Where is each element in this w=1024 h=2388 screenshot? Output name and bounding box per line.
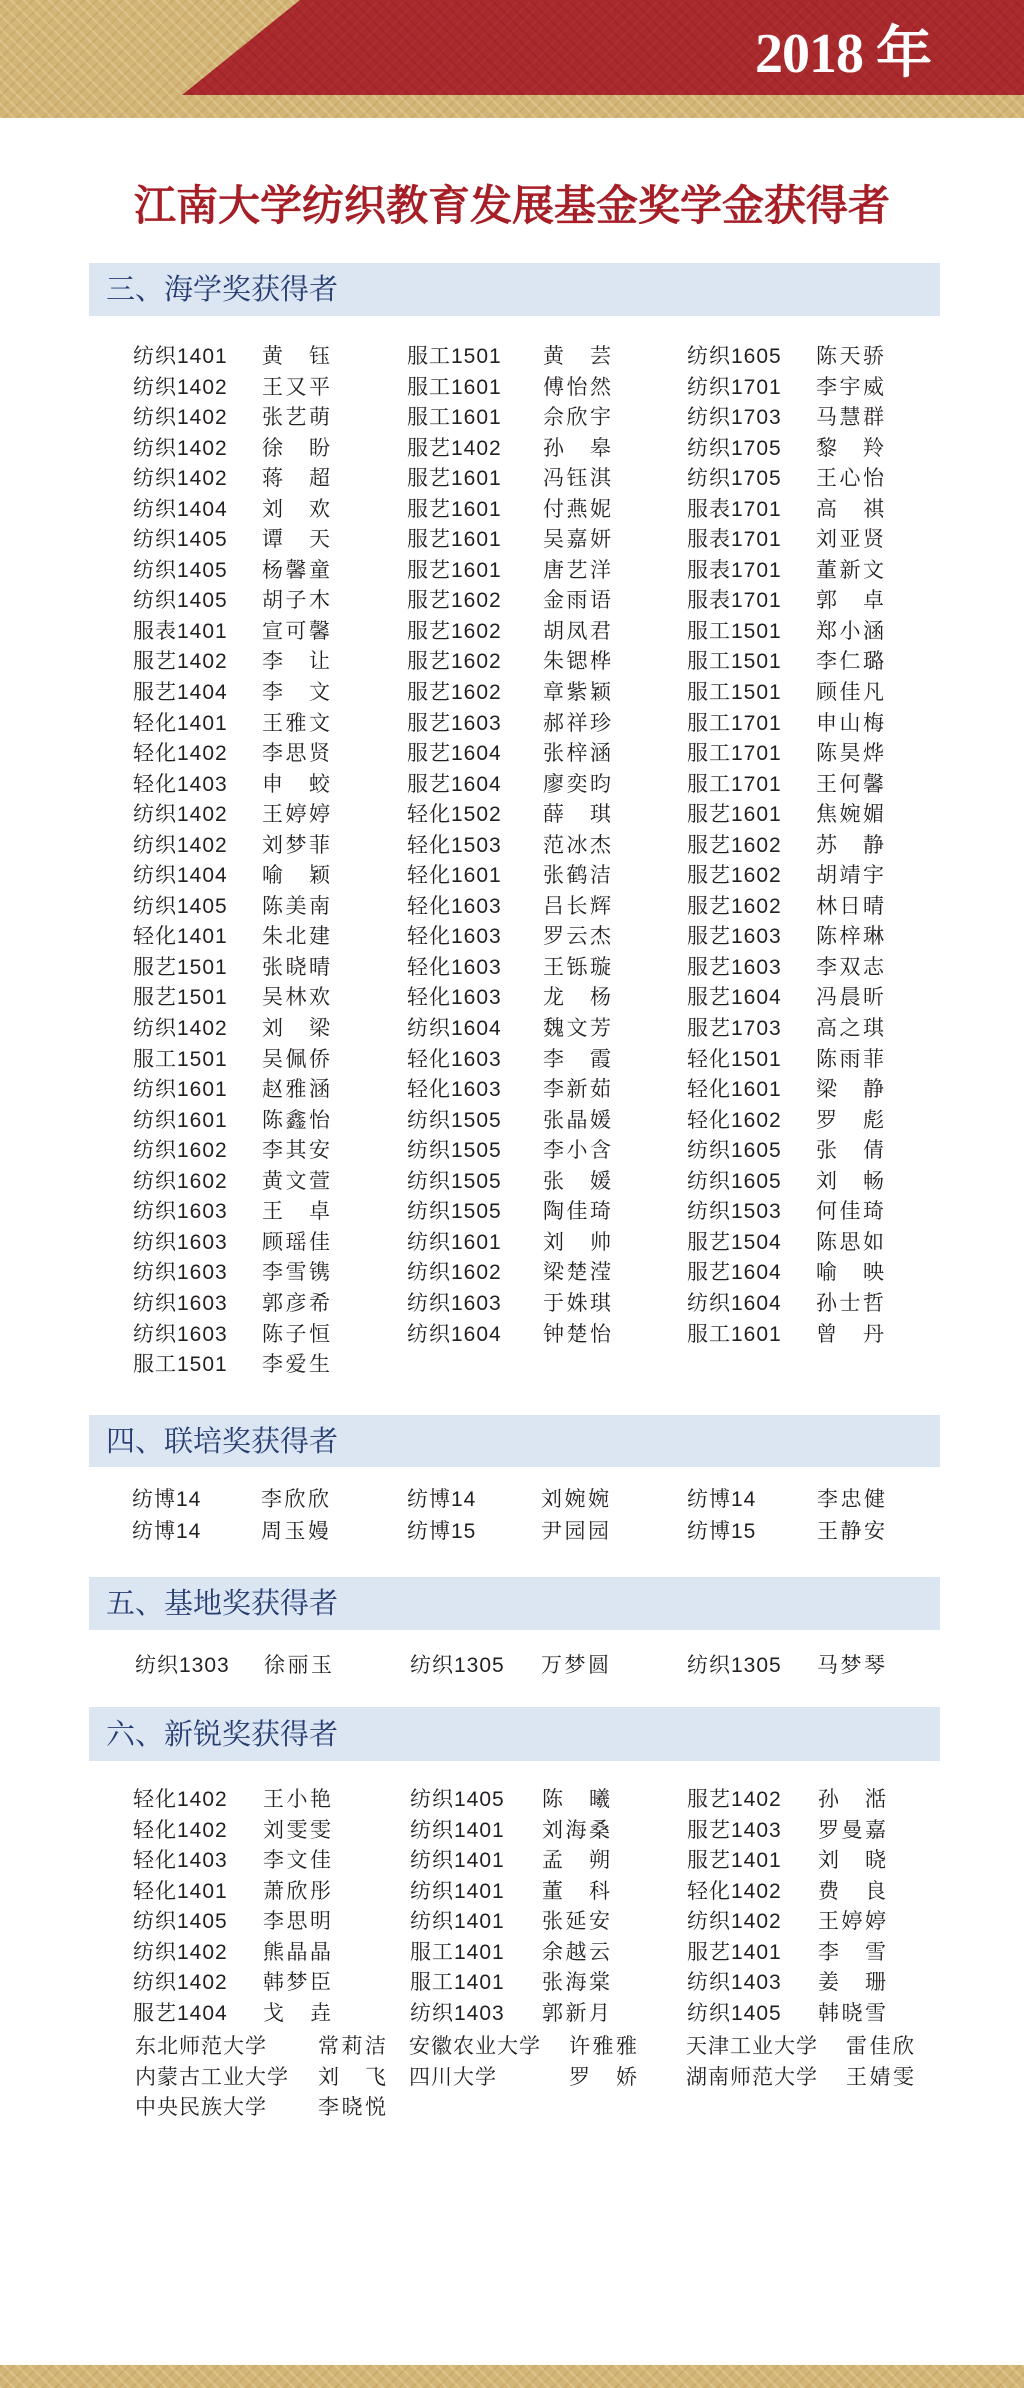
student-name: 李欣欣 xyxy=(261,1484,329,1516)
class-label: 服艺1401 xyxy=(687,1938,818,1969)
winner-row: 服工1501吴佩侨 xyxy=(133,1045,330,1076)
class-label: 纺织1505 xyxy=(407,1136,543,1167)
class-label: 服艺1604 xyxy=(687,1258,816,1289)
student-name: 王婷婷 xyxy=(262,800,330,831)
student-name: 徐盼 xyxy=(262,434,330,465)
winner-row: 纺织1603王卓 xyxy=(133,1197,330,1228)
winner-row: 纺织1505李小含 xyxy=(407,1136,611,1167)
class-label: 服艺1603 xyxy=(687,953,816,984)
winner-row: 纺织1402蒋超 xyxy=(133,464,330,495)
university-column-1: 东北师范大学常莉洁内蒙古工业大学刘飞中央民族大学李晓悦 xyxy=(135,2032,386,2124)
class-label: 轻化1403 xyxy=(133,770,262,801)
class-label: 服艺1602 xyxy=(407,647,543,678)
winner-column-3: 服艺1402孙湉服艺1403罗曼嘉服艺1401刘晓轻化1402费良纺织1402王… xyxy=(687,1785,886,2029)
student-name: 章紫颖 xyxy=(543,678,611,709)
university-winner-row: 湖南师范大学王婧雯 xyxy=(686,2063,914,2094)
winner-column-3: 纺织1305马梦琴 xyxy=(687,1651,885,1682)
winner-row: 服表1401宣可馨 xyxy=(133,617,330,648)
student-name: 张晶媛 xyxy=(543,1106,611,1137)
class-label: 轻化1402 xyxy=(687,1877,818,1908)
university-label: 中央民族大学 xyxy=(135,2093,318,2124)
class-label: 纺织1401 xyxy=(410,1877,542,1908)
student-name: 郭新月 xyxy=(542,1999,610,2030)
winner-row: 纺织1403姜珊 xyxy=(687,1968,886,1999)
class-label: 轻化1603 xyxy=(407,1045,543,1076)
student-name: 张延安 xyxy=(542,1907,610,1938)
student-name: 于姝琪 xyxy=(543,1289,611,1320)
student-name: 陈鑫怡 xyxy=(262,1106,330,1137)
winner-column-2: 服工1501黄芸服工1601傅怡然服工1601佘欣宇服艺1402孙皋服艺1601… xyxy=(407,342,611,1350)
winner-row: 纺织1405李思明 xyxy=(133,1907,331,1938)
student-name: 陈曦 xyxy=(542,1785,610,1816)
section-heading-band: 五、基地奖获得者 xyxy=(89,1577,940,1630)
student-name: 傅怡然 xyxy=(543,373,611,404)
student-name: 李其安 xyxy=(262,1136,330,1167)
student-name: 申蛟 xyxy=(262,770,330,801)
winner-row: 服艺1402孙湉 xyxy=(687,1785,886,1816)
class-label: 纺织1401 xyxy=(410,1816,542,1847)
winner-row: 纺织1405杨馨童 xyxy=(133,556,330,587)
class-label: 服工1601 xyxy=(407,373,543,404)
winner-row: 纺织1402熊晶晶 xyxy=(133,1938,331,1969)
winner-row: 纺织1401张延安 xyxy=(410,1907,610,1938)
winner-row: 服艺1504陈思如 xyxy=(687,1228,884,1259)
student-name: 杨馨童 xyxy=(262,556,330,587)
winner-row: 服艺1602胡靖宇 xyxy=(687,861,884,892)
class-label: 纺织1601 xyxy=(133,1075,262,1106)
student-name: 刘雯雯 xyxy=(263,1816,331,1847)
class-label: 纺织1601 xyxy=(407,1228,543,1259)
class-label: 服艺1602 xyxy=(687,831,816,862)
class-label: 纺织1402 xyxy=(133,464,262,495)
winner-row: 服工1601曾丹 xyxy=(687,1320,884,1351)
winner-row: 服艺1401刘晓 xyxy=(687,1846,886,1877)
student-name: 郑小涵 xyxy=(816,617,884,648)
class-label: 纺织1605 xyxy=(687,342,816,373)
winner-row: 服艺1604张梓涵 xyxy=(407,739,611,770)
winner-row: 纺织1405陈曦 xyxy=(410,1785,610,1816)
winner-row: 服工1401余越云 xyxy=(410,1938,610,1969)
student-name: 郝祥珍 xyxy=(543,709,611,740)
class-label: 纺博15 xyxy=(407,1516,541,1548)
student-name: 张鹤洁 xyxy=(543,861,611,892)
student-name: 王婷婷 xyxy=(818,1907,886,1938)
class-label: 纺织1402 xyxy=(133,800,262,831)
winner-row: 纺织1403郭新月 xyxy=(410,1999,610,2030)
student-name: 赵雅涵 xyxy=(262,1075,330,1106)
page-title: 江南大学纺织教育发展基金奖学金获得者 xyxy=(0,184,1024,228)
winner-row: 轻化1503范冰杰 xyxy=(407,831,611,862)
class-label: 服艺1501 xyxy=(133,983,262,1014)
winner-row: 服艺1404李文 xyxy=(133,678,330,709)
class-label: 服艺1402 xyxy=(407,434,543,465)
class-label: 服工1401 xyxy=(410,1938,542,1969)
winner-column-1: 纺织1303徐丽玉 xyxy=(135,1651,332,1682)
student-name: 徐丽玉 xyxy=(264,1651,332,1682)
class-label: 纺织1505 xyxy=(407,1197,543,1228)
winner-row: 轻化1601张鹤洁 xyxy=(407,861,611,892)
student-name: 孙士哲 xyxy=(816,1289,884,1320)
class-label: 轻化1503 xyxy=(407,831,543,862)
class-label: 轻化1401 xyxy=(133,922,262,953)
student-name: 唐艺洋 xyxy=(543,556,611,587)
class-label: 服艺1601 xyxy=(407,556,543,587)
winner-row: 服艺1603李双志 xyxy=(687,953,884,984)
winner-row: 纺博14刘婉婉 xyxy=(407,1484,609,1516)
student-name: 冯钰淇 xyxy=(543,464,611,495)
class-label: 服艺1603 xyxy=(407,709,543,740)
winner-row: 纺织1603李雪镌 xyxy=(133,1258,330,1289)
class-label: 纺织1405 xyxy=(133,586,262,617)
student-name: 范冰杰 xyxy=(543,831,611,862)
student-name: 张倩 xyxy=(816,1136,884,1167)
class-label: 轻化1603 xyxy=(407,1075,543,1106)
student-name: 李新茹 xyxy=(543,1075,611,1106)
student-name: 韩晓雪 xyxy=(818,1999,886,2030)
winner-row: 服艺1703高之琪 xyxy=(687,1014,884,1045)
winner-row: 纺织1405胡子木 xyxy=(133,586,330,617)
student-name: 李小含 xyxy=(543,1136,611,1167)
student-name: 刘畅 xyxy=(816,1167,884,1198)
student-name: 李忠健 xyxy=(817,1484,885,1516)
class-label: 服工1501 xyxy=(407,342,543,373)
student-name: 李文 xyxy=(262,678,330,709)
winner-row: 服艺1601吴嘉妍 xyxy=(407,525,611,556)
class-label: 轻化1402 xyxy=(133,1785,263,1816)
student-name: 廖奕昀 xyxy=(543,770,611,801)
class-label: 纺织1405 xyxy=(133,525,262,556)
winner-row: 纺织1405陈美南 xyxy=(133,892,330,923)
winner-row: 纺织1505陶佳琦 xyxy=(407,1197,611,1228)
student-name: 孙湉 xyxy=(818,1785,886,1816)
winner-row: 轻化1401朱北建 xyxy=(133,922,330,953)
student-name: 刘梦菲 xyxy=(262,831,330,862)
winner-column-1: 轻化1402王小艳轻化1402刘雯雯轻化1403李文佳轻化1401萧欣彤纺织14… xyxy=(133,1785,331,2029)
class-label: 纺织1703 xyxy=(687,403,816,434)
winner-row: 轻化1603王铄璇 xyxy=(407,953,611,984)
winner-row: 纺织1604魏文芳 xyxy=(407,1014,611,1045)
winner-row: 服艺1601唐艺洋 xyxy=(407,556,611,587)
class-label: 服工1501 xyxy=(687,678,816,709)
class-label: 服艺1602 xyxy=(407,586,543,617)
class-label: 纺织1602 xyxy=(133,1136,262,1167)
class-label: 轻化1502 xyxy=(407,800,543,831)
winner-row: 服艺1402李让 xyxy=(133,647,330,678)
class-label: 纺织1603 xyxy=(407,1289,543,1320)
class-label: 服表1401 xyxy=(133,617,262,648)
winner-row: 轻化1402李思贤 xyxy=(133,739,330,770)
class-label: 服工1501 xyxy=(687,617,816,648)
winner-row: 服艺1602苏静 xyxy=(687,831,884,862)
class-label: 服艺1402 xyxy=(133,647,262,678)
winner-row: 服工1701陈昊烨 xyxy=(687,739,884,770)
student-name: 尹园园 xyxy=(541,1516,609,1548)
winner-row: 纺织1604钟楚怡 xyxy=(407,1320,611,1351)
class-label: 纺织1603 xyxy=(133,1228,262,1259)
student-name: 李让 xyxy=(262,647,330,678)
class-label: 纺织1401 xyxy=(410,1846,542,1877)
winner-column-2: 纺织1405陈曦纺织1401刘海桑纺织1401孟朔纺织1401董科纺织1401张… xyxy=(410,1785,610,2029)
student-name: 黄钰 xyxy=(262,342,330,373)
class-label: 轻化1402 xyxy=(133,1816,263,1847)
class-label: 服艺1604 xyxy=(687,983,816,1014)
university-winner-row: 中央民族大学李晓悦 xyxy=(135,2093,386,2124)
winner-row: 纺织1305马梦琴 xyxy=(687,1651,885,1682)
student-name: 薛琪 xyxy=(543,800,611,831)
class-label: 服艺1703 xyxy=(687,1014,816,1045)
student-name: 李宇威 xyxy=(816,373,884,404)
student-name: 董科 xyxy=(542,1877,610,1908)
winner-row: 轻化1603吕长辉 xyxy=(407,892,611,923)
class-label: 服工1701 xyxy=(687,709,816,740)
winner-row: 服艺1402孙皋 xyxy=(407,434,611,465)
class-label: 服艺1504 xyxy=(687,1228,816,1259)
winner-row: 服艺1404戈垚 xyxy=(133,1999,331,2030)
class-label: 纺织1402 xyxy=(133,373,262,404)
winner-row: 服艺1602章紫颖 xyxy=(407,678,611,709)
class-label: 服艺1602 xyxy=(407,678,543,709)
class-label: 轻化1402 xyxy=(133,739,262,770)
class-label: 服艺1602 xyxy=(687,892,816,923)
student-name: 董新文 xyxy=(816,556,884,587)
winner-row: 服艺1604喻映 xyxy=(687,1258,884,1289)
class-label: 纺织1705 xyxy=(687,464,816,495)
university-winner-row: 内蒙古工业大学刘飞 xyxy=(135,2063,386,2094)
gold-pattern-footer-strip xyxy=(0,2365,1024,2388)
class-label: 服艺1604 xyxy=(407,770,543,801)
winner-row: 纺织1402王婷婷 xyxy=(133,800,330,831)
winner-row: 轻化1603龙杨 xyxy=(407,983,611,1014)
winner-row: 纺织1505张晶媛 xyxy=(407,1106,611,1137)
winner-row: 纺织1402刘梦菲 xyxy=(133,831,330,862)
winner-row: 服艺1403罗曼嘉 xyxy=(687,1816,886,1847)
student-name: 胡靖宇 xyxy=(816,861,884,892)
winner-row: 纺织1602黄文萱 xyxy=(133,1167,330,1198)
winner-column-3: 纺织1605陈天骄纺织1701李宇威纺织1703马慧群纺织1705黎羚纺织170… xyxy=(687,342,884,1350)
winner-row: 纺博15王静安 xyxy=(687,1516,885,1548)
winner-row: 纺织1604孙士哲 xyxy=(687,1289,884,1320)
university-label: 四川大学 xyxy=(409,2063,569,2094)
winner-row: 纺织1601陈鑫怡 xyxy=(133,1106,330,1137)
class-label: 纺织1604 xyxy=(687,1289,816,1320)
student-name: 佘欣宇 xyxy=(543,403,611,434)
winner-row: 纺织1305万梦圆 xyxy=(410,1651,609,1682)
winner-row: 轻化1403李文佳 xyxy=(133,1846,331,1877)
student-name: 李双志 xyxy=(816,953,884,984)
student-name: 刘海桑 xyxy=(542,1816,610,1847)
student-name: 黎羚 xyxy=(816,434,884,465)
winner-row: 纺织1402张艺萌 xyxy=(133,403,330,434)
class-label: 纺织1602 xyxy=(407,1258,543,1289)
student-name: 朱锶桦 xyxy=(543,647,611,678)
student-name: 刘帅 xyxy=(543,1228,611,1259)
university-label: 内蒙古工业大学 xyxy=(135,2063,318,2094)
winner-row: 轻化1502薛琪 xyxy=(407,800,611,831)
class-label: 服艺1603 xyxy=(687,922,816,953)
student-name: 黄芸 xyxy=(543,342,611,373)
winner-row: 轻化1602罗彪 xyxy=(687,1106,884,1137)
winner-row: 纺织1705黎羚 xyxy=(687,434,884,465)
winner-row: 纺织1603陈子恒 xyxy=(133,1320,330,1351)
winner-row: 轻化1501陈雨菲 xyxy=(687,1045,884,1076)
class-label: 轻化1601 xyxy=(407,861,543,892)
student-name: 张晓晴 xyxy=(262,953,330,984)
student-name: 高之琪 xyxy=(816,1014,884,1045)
winner-row: 服艺1601付燕妮 xyxy=(407,495,611,526)
winner-row: 纺织1404刘欢 xyxy=(133,495,330,526)
winner-row: 纺织1402徐盼 xyxy=(133,434,330,465)
winner-row: 服工1501黄芸 xyxy=(407,342,611,373)
winner-row: 纺织1605陈天骄 xyxy=(687,342,884,373)
class-label: 纺织1603 xyxy=(133,1258,262,1289)
winner-column-1: 纺织1401黄钰纺织1402王又平纺织1402张艺萌纺织1402徐盼纺织1402… xyxy=(133,342,330,1381)
student-name: 胡凤君 xyxy=(543,617,611,648)
class-label: 服工1401 xyxy=(410,1968,542,1999)
winner-row: 服表1701郭卓 xyxy=(687,586,884,617)
student-name: 马梦琴 xyxy=(817,1651,885,1682)
class-label: 纺博14 xyxy=(687,1484,817,1516)
class-label: 纺博14 xyxy=(407,1484,541,1516)
winner-row: 纺织1602李其安 xyxy=(133,1136,330,1167)
winner-row: 纺织1303徐丽玉 xyxy=(135,1651,332,1682)
class-label: 服艺1601 xyxy=(407,464,543,495)
student-name: 张海棠 xyxy=(542,1968,610,1999)
student-name: 张艺萌 xyxy=(262,403,330,434)
class-label: 纺织1405 xyxy=(133,892,262,923)
student-name: 龙杨 xyxy=(543,983,611,1014)
student-name: 魏文芳 xyxy=(543,1014,611,1045)
student-name: 罗曼嘉 xyxy=(818,1816,886,1847)
student-name: 王心怡 xyxy=(816,464,884,495)
student-name: 陈雨菲 xyxy=(816,1045,884,1076)
winner-row: 服艺1501张晓晴 xyxy=(133,953,330,984)
student-name: 黄文萱 xyxy=(262,1167,330,1198)
class-label: 服工1501 xyxy=(133,1350,262,1381)
winner-row: 纺织1603于姝琪 xyxy=(407,1289,611,1320)
student-name: 付燕妮 xyxy=(543,495,611,526)
student-name: 王小艳 xyxy=(263,1785,331,1816)
student-name: 金雨语 xyxy=(543,586,611,617)
class-label: 轻化1501 xyxy=(687,1045,816,1076)
winner-row: 服艺1603郝祥珍 xyxy=(407,709,611,740)
student-name: 陈昊烨 xyxy=(816,739,884,770)
class-label: 轻化1401 xyxy=(133,709,262,740)
class-label: 服艺1604 xyxy=(407,739,543,770)
student-name: 雷佳欣 xyxy=(846,2032,914,2063)
class-label: 服艺1602 xyxy=(687,861,816,892)
student-name: 焦婉媚 xyxy=(816,800,884,831)
winner-row: 服工1501李爱生 xyxy=(133,1350,330,1381)
winner-row: 服艺1601冯钰淇 xyxy=(407,464,611,495)
class-label: 服艺1602 xyxy=(407,617,543,648)
student-name: 马慧群 xyxy=(816,403,884,434)
class-label: 服艺1501 xyxy=(133,953,262,984)
university-label: 天津工业大学 xyxy=(686,2032,846,2063)
class-label: 服艺1601 xyxy=(407,525,543,556)
class-label: 服艺1403 xyxy=(687,1816,818,1847)
student-name: 吴嘉妍 xyxy=(543,525,611,556)
year-label: 2018 年 xyxy=(755,26,931,82)
student-name: 张梓涵 xyxy=(543,739,611,770)
section-heading-band: 六、新锐奖获得者 xyxy=(89,1707,940,1761)
class-label: 纺织1605 xyxy=(687,1167,816,1198)
student-name: 刘晓 xyxy=(818,1846,886,1877)
winner-row: 纺织1402王又平 xyxy=(133,373,330,404)
class-label: 纺织1403 xyxy=(410,1999,542,2030)
class-label: 纺织1403 xyxy=(687,1968,818,1999)
student-name: 陈子恒 xyxy=(262,1320,330,1351)
class-label: 纺织1603 xyxy=(133,1197,262,1228)
class-label: 纺织1402 xyxy=(133,434,262,465)
winner-row: 纺织1701李宇威 xyxy=(687,373,884,404)
winner-column-2: 纺织1305万梦圆 xyxy=(410,1651,609,1682)
class-label: 纺织1405 xyxy=(133,556,262,587)
class-label: 纺织1402 xyxy=(133,403,262,434)
student-name: 陶佳琦 xyxy=(543,1197,611,1228)
university-column-3: 天津工业大学雷佳欣湖南师范大学王婧雯 xyxy=(686,2032,914,2093)
class-label: 纺织1701 xyxy=(687,373,816,404)
student-name: 郭彦希 xyxy=(262,1289,330,1320)
class-label: 纺织1405 xyxy=(133,1907,263,1938)
winner-row: 服工1401张海棠 xyxy=(410,1968,610,1999)
university-label: 东北师范大学 xyxy=(135,2032,318,2063)
student-name: 王静安 xyxy=(817,1516,885,1548)
winner-row: 纺织1705王心怡 xyxy=(687,464,884,495)
winner-row: 纺织1601赵雅涵 xyxy=(133,1075,330,1106)
winner-row: 纺织1503何佳琦 xyxy=(687,1197,884,1228)
winner-row: 纺博14李欣欣 xyxy=(132,1484,329,1516)
student-name: 罗云杰 xyxy=(543,922,611,953)
winner-row: 服艺1603陈梓琳 xyxy=(687,922,884,953)
student-name: 孙皋 xyxy=(543,434,611,465)
university-winner-row: 安徽农业大学许雅雅 xyxy=(409,2032,637,2063)
winner-row: 纺织1602梁楚滢 xyxy=(407,1258,611,1289)
winner-row: 纺织1401黄钰 xyxy=(133,342,330,373)
student-name: 吴林欢 xyxy=(262,983,330,1014)
winner-row: 纺织1401孟朔 xyxy=(410,1846,610,1877)
student-name: 费良 xyxy=(818,1877,886,1908)
student-name: 钟楚怡 xyxy=(543,1320,611,1351)
student-name: 王何馨 xyxy=(816,770,884,801)
winner-row: 服艺1604廖奕昀 xyxy=(407,770,611,801)
class-label: 纺织1305 xyxy=(410,1651,541,1682)
student-name: 喻颖 xyxy=(262,861,330,892)
university-winner-row: 东北师范大学常莉洁 xyxy=(135,2032,386,2063)
winner-row: 纺织1401董科 xyxy=(410,1877,610,1908)
section-heading: 六、新锐奖获得者 xyxy=(106,1707,338,1761)
student-name: 王雅文 xyxy=(262,709,330,740)
student-name: 高祺 xyxy=(816,495,884,526)
class-label: 服表1701 xyxy=(687,556,816,587)
student-name: 周玉嫚 xyxy=(261,1516,329,1548)
winner-row: 服工1601佘欣宇 xyxy=(407,403,611,434)
winner-column-2: 纺博14刘婉婉纺博15尹园园 xyxy=(407,1484,609,1547)
student-name: 蒋超 xyxy=(262,464,330,495)
class-label: 服表1701 xyxy=(687,495,816,526)
class-label: 纺织1401 xyxy=(410,1907,542,1938)
student-name: 王婧雯 xyxy=(846,2063,914,2094)
class-label: 服表1701 xyxy=(687,586,816,617)
class-label: 服工1701 xyxy=(687,770,816,801)
class-label: 纺织1505 xyxy=(407,1106,543,1137)
class-label: 轻化1603 xyxy=(407,953,543,984)
winner-row: 纺博14李忠健 xyxy=(687,1484,885,1516)
class-label: 纺织1605 xyxy=(687,1136,816,1167)
student-name: 喻映 xyxy=(816,1258,884,1289)
section-heading-band: 四、联培奖获得者 xyxy=(89,1415,940,1467)
class-label: 轻化1603 xyxy=(407,892,543,923)
class-label: 纺织1705 xyxy=(687,434,816,465)
